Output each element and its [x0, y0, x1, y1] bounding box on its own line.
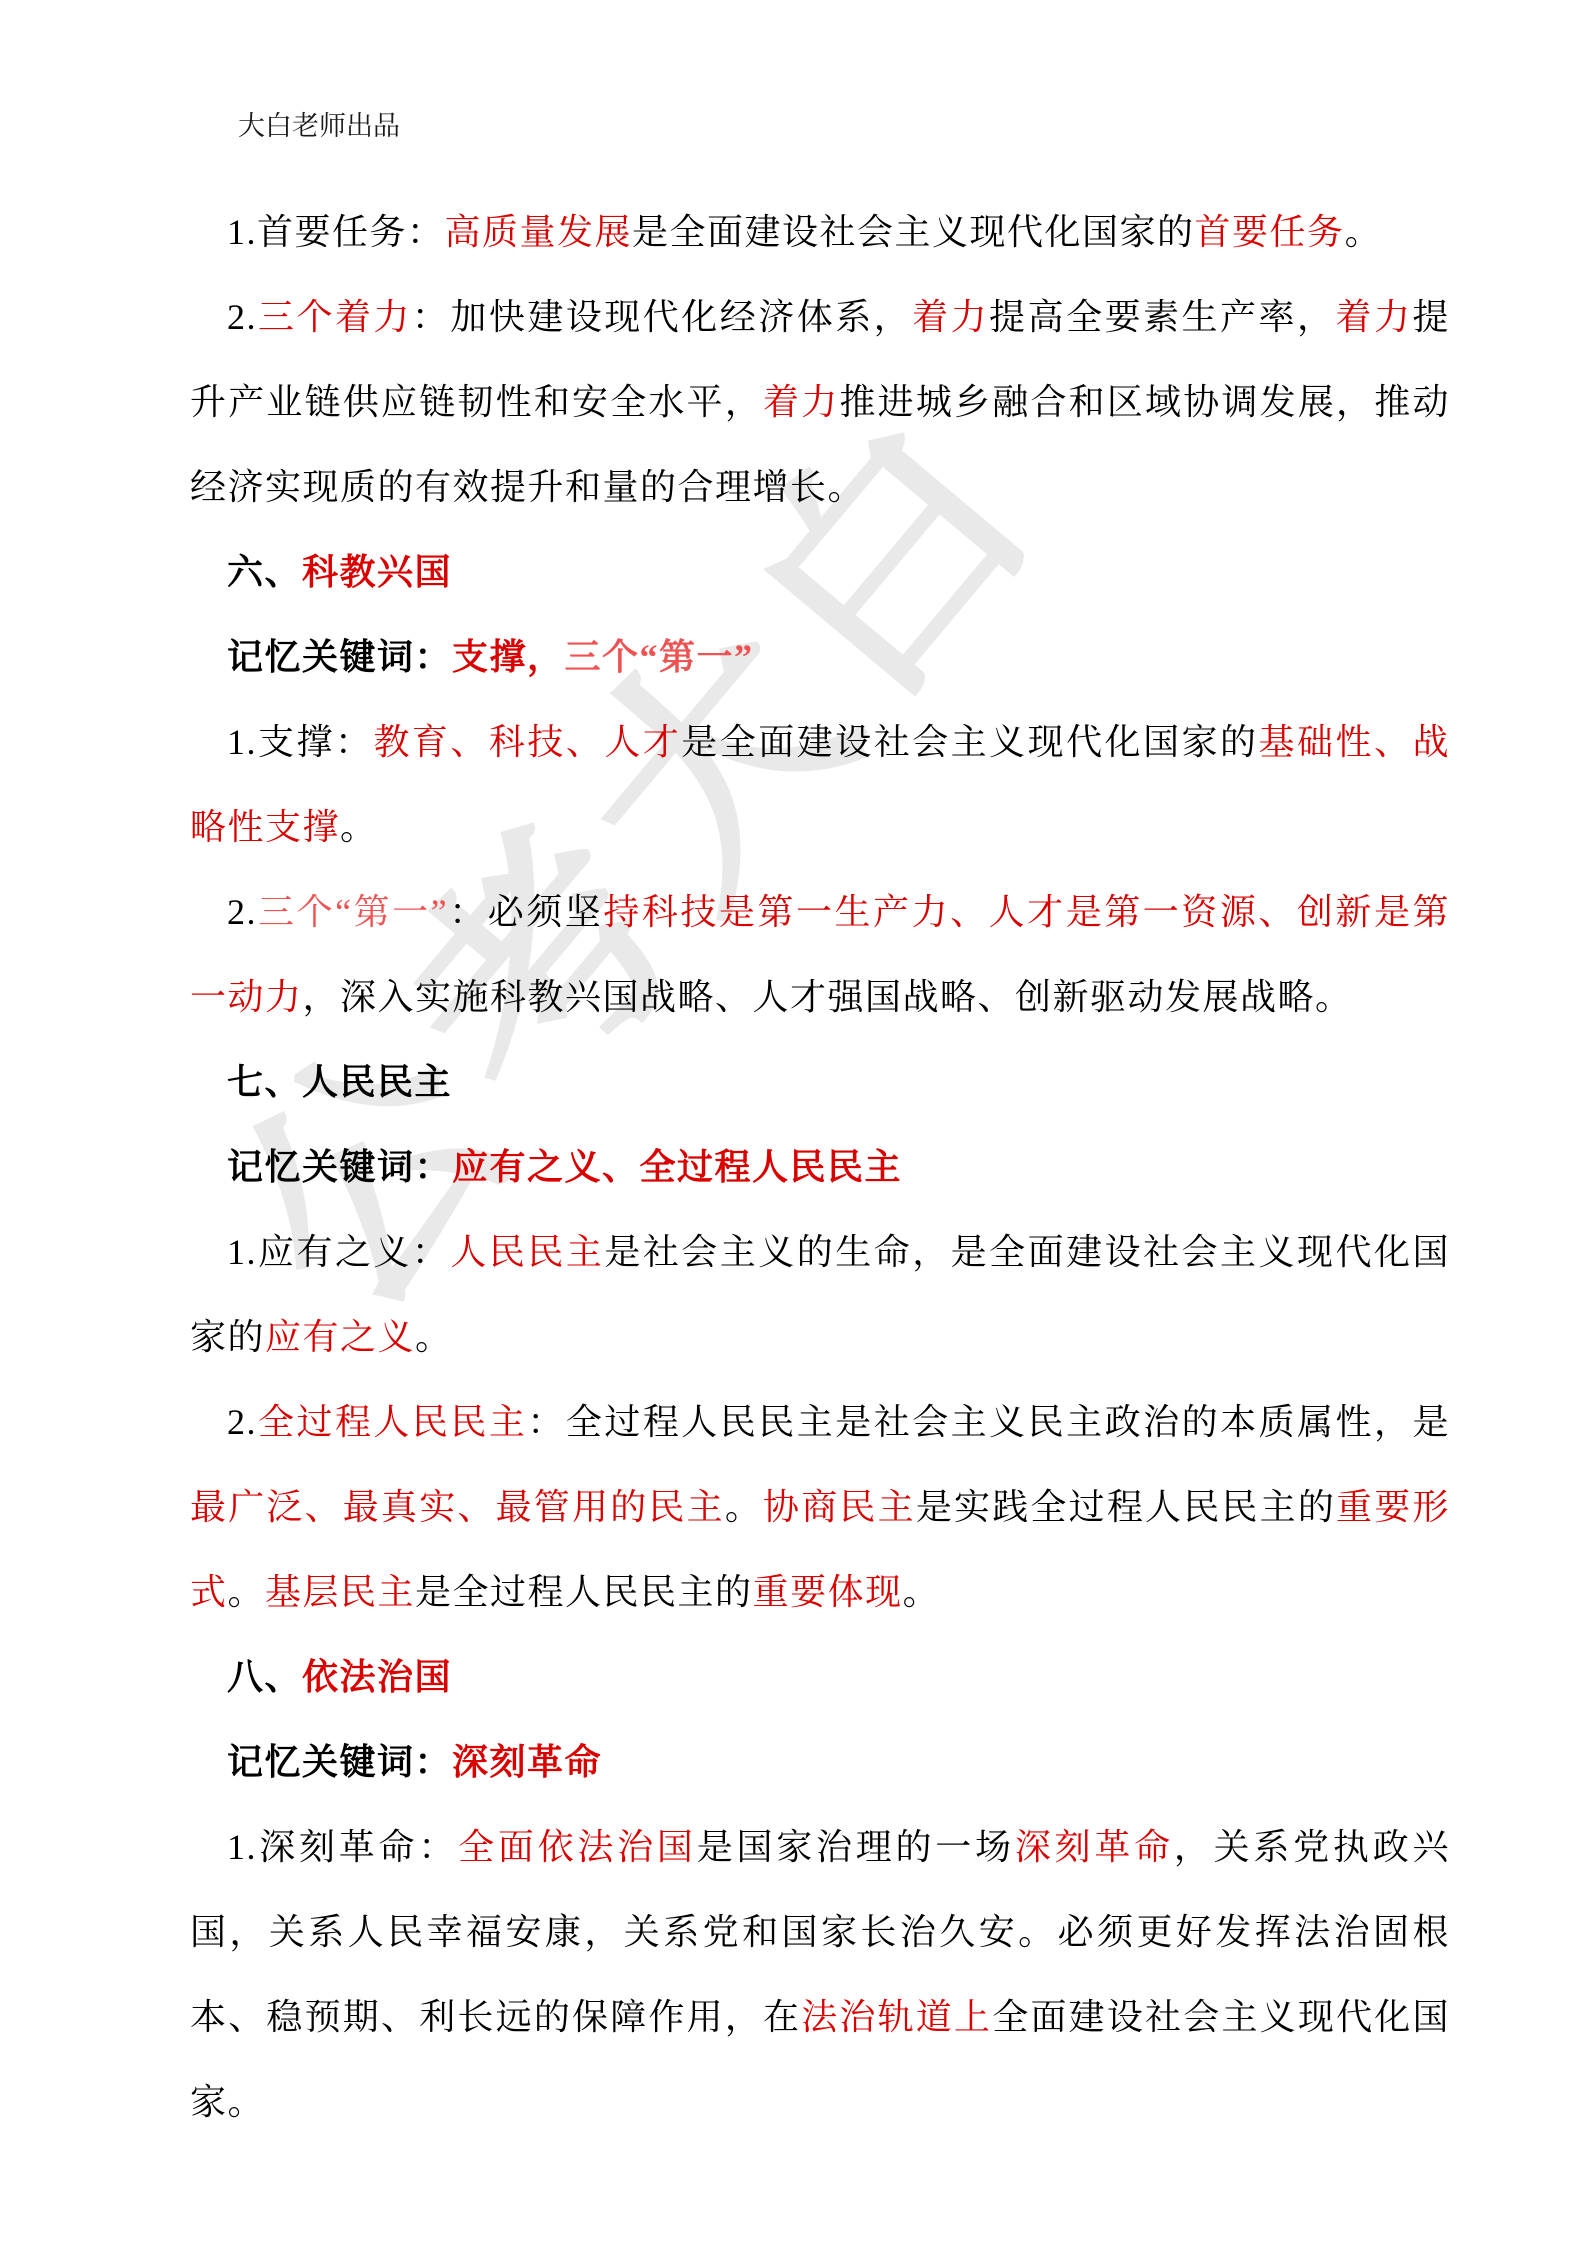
- text-run: 是全过程人民民主的: [415, 1572, 753, 1612]
- text-run: 2.: [227, 1402, 257, 1442]
- text-run: 记忆关键词：: [227, 1742, 452, 1782]
- keyword-line: 记忆关键词：支撑，三个“第一”: [190, 615, 1450, 700]
- highlighted-text-run: 三个“第一”: [257, 892, 448, 932]
- text-run: 2.: [227, 892, 257, 932]
- text-run: 1.首要任务：: [227, 212, 445, 252]
- highlighted-text-run: 法治轨道上: [801, 1997, 992, 2037]
- highlighted-text-run: 基层民主: [265, 1572, 415, 1612]
- text-run: 2.: [227, 297, 257, 337]
- highlighted-text-run: 人民民主: [450, 1232, 604, 1272]
- text-run: 记忆关键词：: [227, 1147, 452, 1187]
- document-body: 1.首要任务：高质量发展是全面建设社会主义现代化国家的首要任务。2.三个着力：加…: [190, 190, 1450, 2145]
- text-run: ：必须坚: [448, 892, 603, 932]
- highlighted-text-run: 科教兴国: [302, 552, 452, 592]
- highlighted-text-run: 应有之义: [265, 1317, 415, 1357]
- text-run: 。: [340, 807, 378, 847]
- highlighted-text-run: 应有之义、全过程人民民主: [452, 1147, 902, 1187]
- highlighted-text-run: 三个“第一”: [565, 637, 754, 677]
- body-paragraph: 1.首要任务：高质量发展是全面建设社会主义现代化国家的首要任务。: [190, 190, 1450, 275]
- text-run: 七、人民民主: [227, 1062, 452, 1102]
- brand-header: 大白老师出品: [238, 104, 400, 143]
- highlighted-text-run: 全过程人民民主: [257, 1402, 527, 1442]
- body-paragraph: 2.全过程人民民主：全过程人民民主是社会主义民主政治的本质属性，是最广泛、最真实…: [190, 1380, 1450, 1635]
- highlighted-text-run: 最广泛、最真实、最管用的民主: [190, 1487, 725, 1527]
- text-run: 八、: [227, 1657, 302, 1697]
- text-run: 是国家治理的一场: [697, 1827, 1015, 1867]
- highlighted-text-run: 全面依法治国: [458, 1827, 697, 1867]
- keyword-line: 记忆关键词：应有之义、全过程人民民主: [190, 1125, 1450, 1210]
- text-run: 六、: [227, 552, 302, 592]
- text-run: 。: [903, 1572, 941, 1612]
- highlighted-text-run: 高质量发展: [445, 212, 633, 252]
- text-run: 1.应有之义：: [227, 1232, 450, 1272]
- highlighted-text-run: 着力: [763, 382, 839, 422]
- text-run: 是全面建设社会主义现代化国家的: [681, 722, 1258, 762]
- highlighted-text-run: 教育、科技、人才: [373, 722, 681, 762]
- text-run: 提高全要素生产率，: [989, 297, 1335, 337]
- body-paragraph: 1.支撑：教育、科技、人才是全面建设社会主义现代化国家的基础性、战略性支撑。: [190, 700, 1450, 870]
- text-run: 是全面建设社会主义现代化国家的: [632, 212, 1195, 252]
- text-run: 1.支撑：: [227, 722, 373, 762]
- keyword-line: 记忆关键词：深刻革命: [190, 1720, 1450, 1805]
- text-run: 。: [228, 1572, 266, 1612]
- highlighted-text-run: 重要体现: [753, 1572, 903, 1612]
- text-run: ，深入实施科教兴国战略、人才强国战略、创新驱动发展战略。: [303, 977, 1353, 1017]
- body-paragraph: 2.三个“第一”：必须坚持科技是第一生产力、人才是第一资源、创新是第一动力，深入…: [190, 870, 1450, 1040]
- text-run: 1.深刻革命：: [227, 1827, 458, 1867]
- highlighted-text-run: 协商民主: [763, 1487, 916, 1527]
- text-run: 是实践全过程人民民主的: [916, 1487, 1336, 1527]
- section-heading: 八、依法治国: [190, 1635, 1450, 1720]
- text-run: 。: [1345, 212, 1383, 252]
- text-run: 。: [725, 1487, 763, 1527]
- body-paragraph: 1.深刻革命：全面依法治国是国家治理的一场深刻革命，关系党执政兴国，关系人民幸福…: [190, 1805, 1450, 2145]
- highlighted-text-run: 深刻革命: [1015, 1827, 1174, 1867]
- body-paragraph: 1.应有之义：人民民主是社会主义的生命，是全面建设社会主义现代化国家的应有之义。: [190, 1210, 1450, 1380]
- highlighted-text-run: 依法治国: [302, 1657, 452, 1697]
- highlighted-text-run: 三个着力: [257, 297, 412, 337]
- highlighted-text-run: 着力: [912, 297, 989, 337]
- highlighted-text-run: 着力: [1335, 297, 1412, 337]
- section-heading: 六、科教兴国: [190, 530, 1450, 615]
- text-run: 。: [415, 1317, 453, 1357]
- text-run: ：全过程人民民主是社会主义民主政治的本质属性，是: [527, 1402, 1450, 1442]
- text-run: 记忆关键词：: [227, 637, 452, 677]
- section-heading: 七、人民民主: [190, 1040, 1450, 1125]
- highlighted-text-run: 支撑，: [452, 637, 565, 677]
- highlighted-text-run: 深刻革命: [452, 1742, 602, 1782]
- document-page: 公考大白 大白老师出品 1.首要任务：高质量发展是全面建设社会主义现代化国家的首…: [0, 0, 1587, 2245]
- body-paragraph: 2.三个着力：加快建设现代化经济体系，着力提高全要素生产率，着力提升产业链供应链…: [190, 275, 1450, 530]
- highlighted-text-run: 首要任务: [1195, 212, 1345, 252]
- text-run: ：加快建设现代化经济体系，: [412, 297, 912, 337]
